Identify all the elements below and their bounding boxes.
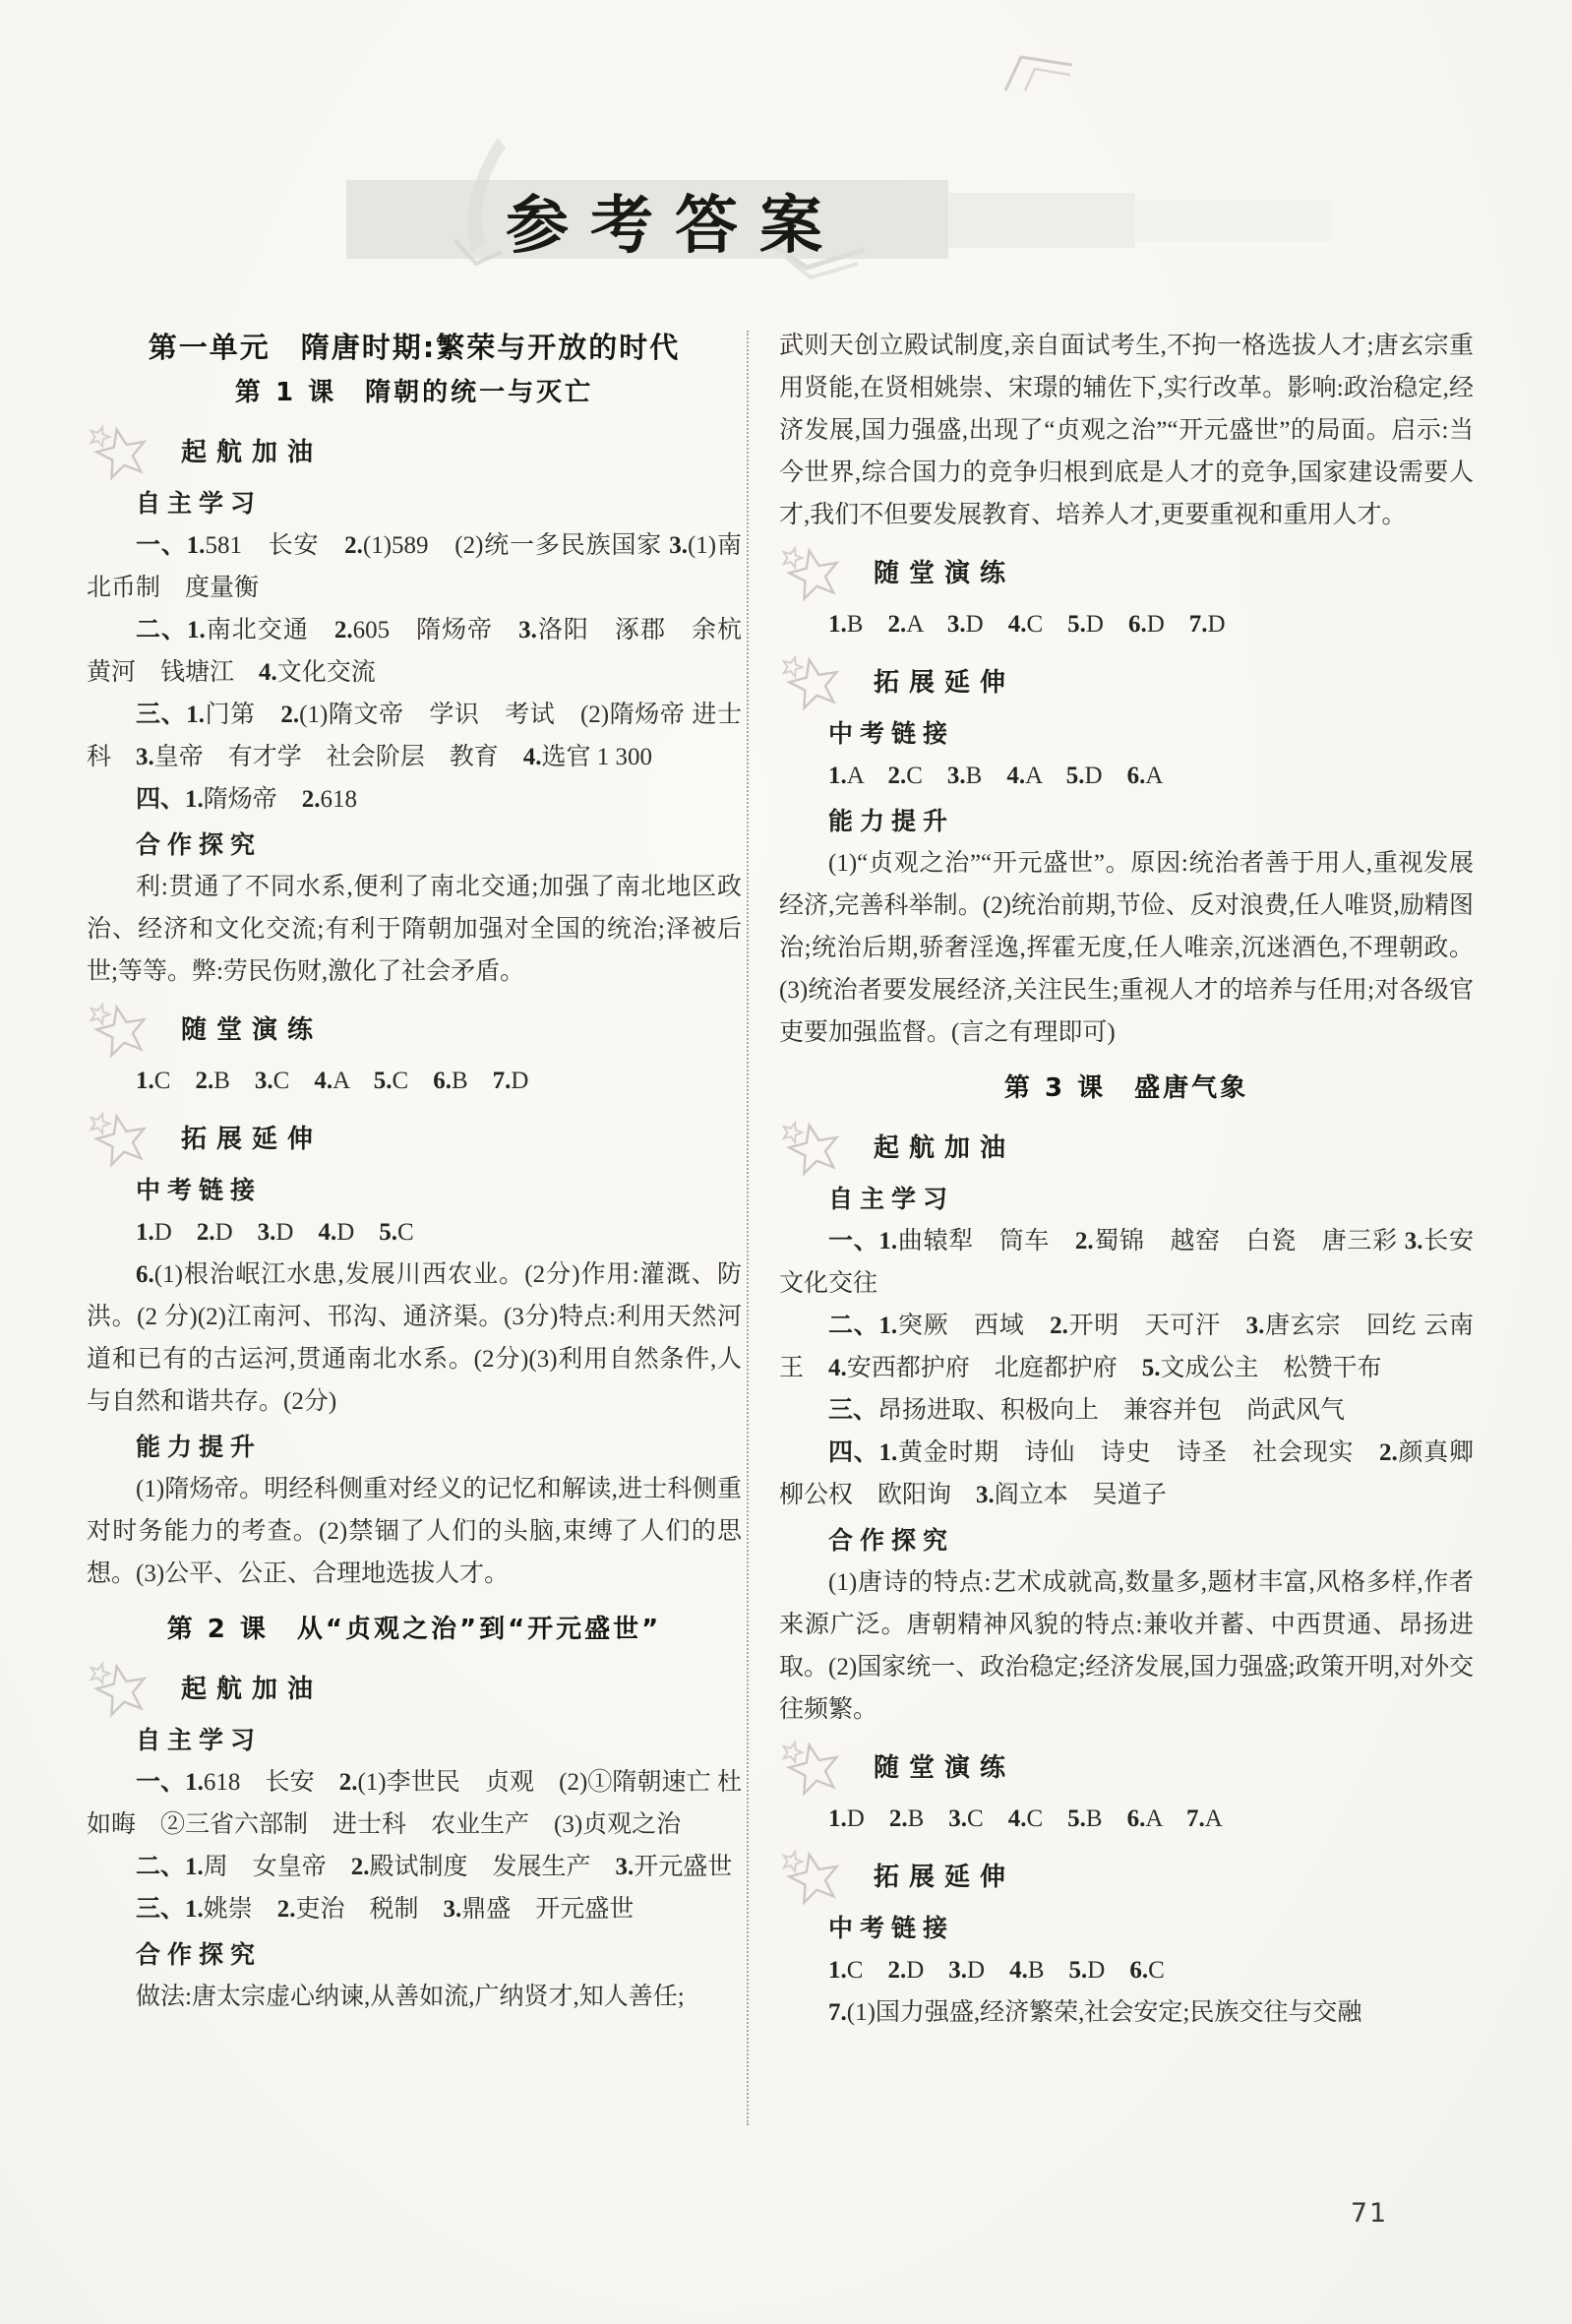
star-section-header: 随堂演练 <box>779 548 1474 599</box>
choice-answers-row: 1.C 2.B 3.C 4.A 5.C 6.B 7.D <box>87 1060 742 1102</box>
subsection-heading: 中考链接 <box>87 1169 742 1211</box>
answer-paragraph: 做法:唐太宗虚心纳谏,从善如流,广纳贤才,知人善任; <box>87 1976 742 2018</box>
star-icon <box>89 1002 153 1059</box>
answer-paragraph: 二、1.南北交通 2.605 隋炀帝 3.洛阳 涿郡 余杭 黄河 钱塘江 4.文… <box>87 609 742 694</box>
subsection-heading: 能力提升 <box>87 1426 742 1468</box>
subsection-heading: 中考链接 <box>779 712 1474 755</box>
answer-paragraph: (1)隋炀帝。明经科侧重对经义的记忆和解读,进士科侧重对时务能力的考查。(2)禁… <box>87 1468 742 1595</box>
unit-heading: 第一单元 隋唐时期:繁荣与开放的时代 <box>87 325 742 370</box>
star-icon <box>781 1120 846 1177</box>
subsection-heading: 自主学习 <box>87 482 742 524</box>
left-column: 第一单元 隋唐时期:繁荣与开放的时代第 1 课 隋朝的统一与灭亡起航加油自主学习… <box>87 325 742 2018</box>
choice-answers-row: 1.D 2.B 3.C 4.C 5.B 6.A 7.A <box>779 1798 1474 1840</box>
star-icon <box>781 545 846 602</box>
choice-answers-row: 1.D 2.D 3.D 4.D 5.C <box>87 1211 742 1254</box>
title-highlight-band-faint <box>1135 200 1332 242</box>
answer-paragraph: 三、1.姚崇 2.吏治 税制 3.鼎盛 开元盛世 <box>87 1888 742 1930</box>
star-section-header: 拓展延伸 <box>87 1114 742 1165</box>
star-section-header: 随堂演练 <box>779 1743 1474 1794</box>
answer-paragraph: 二、1.突厥 西域 2.开明 天可汗 3.唐玄宗 回纥 云南王 4.安西都护府 … <box>779 1305 1474 1389</box>
title-highlight-band-fade <box>948 193 1135 248</box>
star-section-header: 拓展延伸 <box>779 657 1474 708</box>
choice-answers-row: 1.B 2.A 3.D 4.C 5.D 6.D 7.D <box>779 603 1474 645</box>
right-column: 武则天创立殿试制度,亲自面试考生,不拘一格选拔人才;唐玄宗重用贤能,在贤相姚崇、… <box>779 325 1474 2034</box>
page-number: 71 <box>1330 2198 1409 2229</box>
star-icon <box>781 654 846 711</box>
section-title: 随堂演练 <box>181 1009 323 1052</box>
answer-paragraph: (1)“贞观之治”“开元盛世”。原因:统治者善于用人,重视发展经济,完善科举制。… <box>779 842 1474 1054</box>
star-icon <box>781 1849 846 1906</box>
section-title: 随堂演练 <box>874 553 1015 595</box>
star-icon <box>89 1661 153 1718</box>
answer-paragraph: 一、1.曲辕犁 筒车 2.蜀锦 越窑 白瓷 唐三彩 3.长安 文化交往 <box>779 1220 1474 1305</box>
answer-paragraph: 利:贯通了不同水系,便利了南北交通;加强了南北地区政治、经济和文化交流;有利于隋… <box>87 866 742 993</box>
lesson-heading: 第 3 课 盛唐气象 <box>779 1066 1474 1111</box>
choice-answers-row: 1.A 2.C 3.B 4.A 5.D 6.A <box>779 755 1474 797</box>
star-section-header: 起航加油 <box>779 1123 1474 1174</box>
subsection-heading: 合作探究 <box>779 1519 1474 1561</box>
subsection-heading: 自主学习 <box>87 1719 742 1761</box>
page-corner-mark-icon <box>1001 51 1080 94</box>
answer-paragraph: 四、1.隋炀帝 2.618 <box>87 778 742 821</box>
subsection-heading: 合作探究 <box>87 1933 742 1976</box>
star-section-header: 随堂演练 <box>87 1005 742 1056</box>
lesson-heading: 第 1 课 隋朝的统一与灭亡 <box>87 370 742 415</box>
lesson-heading: 第 2 课 从“贞观之治”到“开元盛世” <box>87 1607 742 1652</box>
subsection-heading: 合作探究 <box>87 824 742 866</box>
answer-paragraph: (1)唐诗的特点:艺术成就高,数量多,题材丰富,风格多样,作者来源广泛。唐朝精神… <box>779 1561 1474 1731</box>
section-title: 起航加油 <box>181 1669 323 1711</box>
answer-paragraph: 7.(1)国力强盛,经济繁荣,社会安定;民族交往与交融 <box>779 1991 1474 2034</box>
section-title: 随堂演练 <box>874 1747 1015 1790</box>
section-title: 拓展延伸 <box>874 1857 1015 1899</box>
section-title: 拓展延伸 <box>181 1119 323 1161</box>
column-divider <box>747 331 749 2125</box>
star-section-header: 起航加油 <box>87 427 742 478</box>
page-title: 参考答案 <box>462 181 866 260</box>
answer-paragraph: 一、1.581 长安 2.(1)589 (2)统一多民族国家 3.(1)南北币制… <box>87 524 742 609</box>
star-icon <box>781 1740 846 1797</box>
scanned-answer-page: 参考答案 第一单元 隋唐时期:繁荣与开放的时代第 1 课 隋朝的统一与灭亡起航加… <box>0 0 1572 2324</box>
star-section-header: 起航加油 <box>87 1664 742 1715</box>
star-section-header: 拓展延伸 <box>779 1852 1474 1903</box>
answer-paragraph: 三、昂扬进取、积极向上 兼容并包 尚武风气 <box>779 1389 1474 1432</box>
answer-paragraph: 三、1.门第 2.(1)隋文帝 学识 考试 (2)隋炀帝 进士科 3.皇帝 有才… <box>87 694 742 778</box>
answer-paragraph: 6.(1)根治岷江水患,发展川西农业。(2分)作用:灌溉、防洪。(2 分)(2)… <box>87 1254 742 1423</box>
subsection-heading: 自主学习 <box>779 1178 1474 1220</box>
subsection-heading: 能力提升 <box>779 800 1474 842</box>
answer-paragraph: 一、1.618 长安 2.(1)李世民 贞观 (2)①隋朝速亡 杜如晦 ②三省六… <box>87 1761 742 1846</box>
answer-paragraph: 四、1.黄金时期 诗仙 诗史 诗圣 社会现实 2.颜真卿 柳公权 欧阳询 3.阎… <box>779 1432 1474 1516</box>
section-title: 起航加油 <box>874 1128 1015 1170</box>
answer-paragraph: 二、1.周 女皇帝 2.殿试制度 发展生产 3.开元盛世 <box>87 1846 742 1888</box>
answer-paragraph-continued: 武则天创立殿试制度,亲自面试考生,不拘一格选拔人才;唐玄宗重用贤能,在贤相姚崇、… <box>779 325 1474 536</box>
choice-answers-row: 1.C 2.D 3.D 4.B 5.D 6.C <box>779 1949 1474 1991</box>
star-icon <box>89 1111 153 1168</box>
section-title: 起航加油 <box>181 432 323 474</box>
subsection-heading: 中考链接 <box>779 1907 1474 1949</box>
section-title: 拓展延伸 <box>874 662 1015 704</box>
star-icon <box>89 424 153 481</box>
